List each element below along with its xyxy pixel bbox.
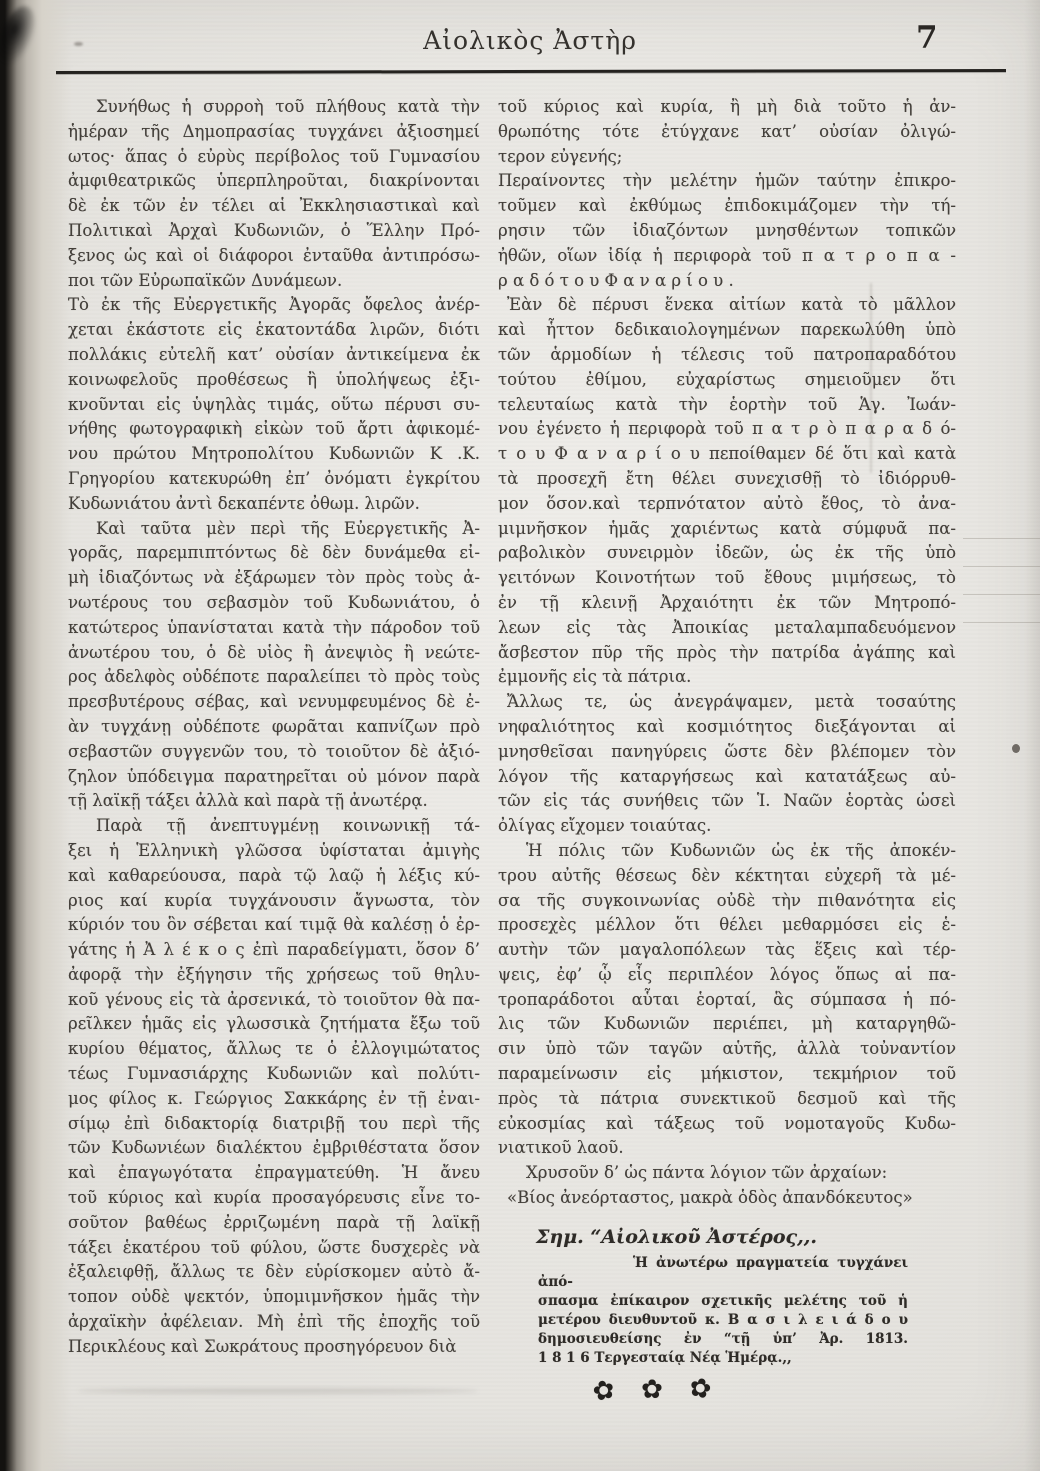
text-line: τούτου ἐθίμου, εὐχαρίστως σημειοῦμεν ὅτι <box>498 368 956 393</box>
text-line: ωτος· ἅπας ὁ εὐρὺς περίβολος τοῦ Γυμνασί… <box>68 145 480 170</box>
text-line: Περικλέους καὶ Σωκράτους προσηγόρευον δι… <box>68 1335 480 1360</box>
scan-edge-shadow-right <box>1024 0 1040 1471</box>
text-line: χεται ἑκάστοτε εἰς ἑκατοντάδα λιρῶν, διό… <box>68 318 480 343</box>
page-title: Αἰολικὸς Ἀστὴρ <box>110 26 950 55</box>
page-scan: Αἰολικὸς Ἀστὴρ 7 Συνήθως ἡ συρροὴ τοῦ πλ… <box>0 0 1040 1471</box>
header-rule <box>56 69 1006 74</box>
footnote-line: μετέρου διευθυντοῦ κ. Β α σ ι λ ε ι ά δ … <box>538 1311 908 1330</box>
text-line: καὶ ἐπαγωγότατα ἐπραγματεύθη. Ἡ ἄνευ <box>68 1161 480 1186</box>
text-line: τέως Γυμνασιάρχης Κυδωνιῶν καὶ πολύτι- <box>68 1062 480 1087</box>
text-line: τ ο υ Φ α ν α ρ ί ο υ πεποίθαμεν δέ ὅτι … <box>498 442 956 467</box>
text-line: ρησιν τῶν ἰδιαζόντων μνησθέντων τοπικῶν <box>498 219 956 244</box>
text-line: τάξει ἑκατέρου τοῦ φύλου, ὥστε δυσχερὲς … <box>68 1236 480 1261</box>
text-line: ρ α δ ό τ ο υ Φ α ν α ρ ί ο υ . <box>498 269 956 294</box>
text-line: Χρυσοῦν δ’ ὡς πάντα λόγιον τῶν ἀρχαίων: <box>498 1161 956 1186</box>
text-line: σα τῆς συγκοινωνίας οὐδὲ τὴν πιθανότητα … <box>498 889 956 914</box>
text-line: ὀλίγας εἴχομεν τοιαύτας. <box>498 814 956 839</box>
text-line: γάτης ἡ Ἀ λ έ κ ο ς ἐπὶ παραδείγματι, ὅσ… <box>68 938 480 963</box>
text-line: ἡμέραν τῆς Δημοπρασίας τυγχάνει ἀξιοσημε… <box>68 120 480 145</box>
text-line: Κυδωνιάτου ἀντὶ δεκαπέντε ὀθωμ. λιρῶν. <box>68 492 480 517</box>
scan-artifact <box>963 566 1040 567</box>
text-line: Παρὰ τῇ ἀνεπτυγμένῃ κοινωνικῇ τά- <box>68 814 480 839</box>
flower-icon: ✿ <box>641 1377 673 1403</box>
column-left: Συνήθως ἡ συρροὴ τοῦ πλήθους κατὰ τὴνἡμέ… <box>68 95 480 1360</box>
text-line: μὴ ἰδιαζόντως νὰ ἐξάρωμεν τὸν πρὸς τοὺς … <box>68 566 480 591</box>
text-line: ποι τῶν Εὐρωπαϊκῶν Δυνάμεων. <box>68 269 480 294</box>
text-line: ριος καί κυρία τυγχάνουσιν ἄγνωστα, τὸν <box>68 889 480 914</box>
page-number: 7 <box>916 20 938 56</box>
text-line: Ἄλλως τε, ὡς ἀνεγράψαμεν, μετὰ τοσαύτης <box>498 690 956 715</box>
text-line: ἀμφιθεατρικῶς ὑπερπληροῦται, διακρίνοντα… <box>68 169 480 194</box>
scan-artifact <box>74 42 83 46</box>
text-line: τερον εὐγενής; <box>498 145 956 170</box>
text-line: γορᾶς, παρεμπιπτόντως δὲ δὲν δυνάμεθα εἰ… <box>68 541 480 566</box>
text-line: κοινωφελοῦς προθέσεως ἢ ὑπολήψεως ἐξι- <box>68 368 480 393</box>
text-line: ξενος ὡς καὶ οἱ διάφοροι ἐνταῦθα ἀντιπρό… <box>68 244 480 269</box>
text-line: Πολιτικαὶ Ἀρχαὶ Κυδωνιῶν, ὁ Ἕλλην Πρό- <box>68 219 480 244</box>
signature-line: Σημ. “Αἰολικοῦ Ἀστέρος,,. <box>536 1225 956 1250</box>
text-line: ξει ἡ Ἑλληνικὴ γλῶσσα ὑφίσταται ἀμιγὴς <box>68 839 480 864</box>
text-line: νωτέρους του σεβασμὸν τοῦ Κυδωνιάτου, ὁ <box>68 591 480 616</box>
text-line: τελευταίως κατὰ τὴν ἑορτὴν τοῦ Ἁγ. Ἰωάν- <box>498 393 956 418</box>
text-line: προσεχὲς μέλλον ὅτι θέλει μεθαρμόσει εἰς… <box>498 913 956 938</box>
text-line: τῶν εἰς τάς συνήθεις τῶν Ἱ. Ναῶν ἑορτὰς … <box>498 789 956 814</box>
text-line: τρου αὐτῆς θέσεως δὲν κέκτηται εὐχερῆ τὰ… <box>498 864 956 889</box>
column-right: τοῦ κύριος καὶ κυρία, ἢ μὴ διὰ τοῦτο ἡ ἀ… <box>498 95 956 1402</box>
scan-artifact <box>1012 744 1020 753</box>
text-line: παραμείνωσιν εἰς μήκιστον, τεκμήριον τοῦ <box>498 1062 956 1087</box>
ornament-flowers: ✿ ✿ ✿ <box>593 1378 956 1403</box>
paragraph: Συνήθως ἡ συρροὴ τοῦ πλήθους κατὰ τὴνἡμέ… <box>68 95 480 293</box>
text-line: Γρηγορίου κατεκυρώθη ἐπ’ ὀνόματι ἐγκρίτο… <box>68 467 480 492</box>
text-line: ρεῖλκεν ἡμᾶς εἰς γλωσσικὰ ζητήματα ἔξω τ… <box>68 1012 480 1037</box>
paragraph: Ἡ πόλις τῶν Κυδωνιῶν ὡς ἐκ τῆς ἀποκέν-τρ… <box>498 839 956 1161</box>
text-line: αυτὴν τῶν μαγαλοπόλεων τὰς ἕξεις καὶ τέρ… <box>498 938 956 963</box>
footnote-line: σπασμα ἐπίκαιρον σχετικῆς μελέτης τοῦ ἡ <box>538 1292 908 1311</box>
text-line: μον ὅσον.καὶ τερπνότατον αὐτὸ ἔθος, τὸ ἀ… <box>498 492 956 517</box>
text-line: Ἐὰν δὲ πέρυσι ἕνεκα αἰτίων κατὰ τὸ μᾶλλο… <box>498 293 956 318</box>
text-line: τῶν ἁρμοδίων ἡ τέλεσις τοῦ πατροπαραδότο… <box>498 343 956 368</box>
text-line: Ἡ πόλις τῶν Κυδωνιῶν ὡς ἐκ τῆς ἀποκέν- <box>498 839 956 864</box>
text-line: ραβολικὸν συνειρμὸν ἰδεῶν, ὡς ἐκ τῆς ὑπὸ <box>498 541 956 566</box>
text-line: Τὸ ἐκ τῆς Εὐεργετικῆς Ἀγορᾶς ὄφελος ἀνέρ… <box>68 293 480 318</box>
text-line: θρωπότης τότε ἐτύγχανε κατ’ οὐσίαν ὀλιγώ… <box>498 120 956 145</box>
text-line: κύριόν του ὃν σέβεται καί τιμᾷ θὰ καλέσῃ… <box>68 913 480 938</box>
text-line: λόγον τῆς καταργήσεως καὶ κατατάξεως αὐ- <box>498 765 956 790</box>
text-line: τῇ λαϊκῇ τάξει ἀλλὰ καὶ παρὰ τῇ ἀνωτέρᾳ. <box>68 789 480 814</box>
paragraph: Καὶ ταῦτα μὲν περὶ τῆς Εὐεργετικῆς Ἀ-γορ… <box>68 517 480 815</box>
text-line: καὶ ἧττον δεδικαιολογημένων παρεκωλύθη ὑ… <box>498 318 956 343</box>
text-line: ρος ἀδελφὸς οὐδέποτε παραλείπει τὸ πρὸς … <box>68 665 480 690</box>
text-line: σεβαστῶν συγγενῶν του, τὸ τοιοῦτον δὲ ἀξ… <box>68 740 480 765</box>
footnote-line: δημοσιευθείσης ἐν “τῇ ὑπ’ Ἀρ. 1813. <box>538 1330 908 1349</box>
text-line: Καὶ ταῦτα μὲν περὶ τῆς Εὐεργετικῆς Ἀ- <box>68 517 480 542</box>
text-line: τοῦμεν καὶ ἐκθύμως ἐπιδοκιμάζομεν τὴν τή… <box>498 194 956 219</box>
text-line: μιμνῆσκον ἡμᾶς χαριέντως κατὰ σύμφυᾶ πα- <box>498 517 956 542</box>
text-line: καὶ καθαρεύουσα, παρὰ τῷ λαῷ ἡ λέξις κύ- <box>68 864 480 889</box>
text-line: κυρίου θέματος, ἄλλως τε ὁ ἐλλογιμώτατος <box>68 1037 480 1062</box>
text-line: σίμῳ ἐπὶ διδακτορίᾳ διατριβῇ του περὶ τῆ… <box>68 1112 480 1137</box>
footnote-line: 1 8 1 6 Τεργεσταίᾳ Νέᾳ Ἡμέρᾳ.,, <box>538 1349 908 1368</box>
text-line: νιατικοῦ λαοῦ. <box>498 1136 956 1161</box>
paragraph: Τὸ ἐκ τῆς Εὐεργετικῆς Ἀγορᾶς ὄφελος ἀνέρ… <box>68 293 480 516</box>
scan-artifact <box>963 538 1040 539</box>
text-line: γειτόνων Κοινοτήτων τοῦ ἔθους μιμήσεως, … <box>498 566 956 591</box>
text-line: νου ἐγένετο ἡ περιφορὰ τοῦ π α τ ρ ὸ π α… <box>498 417 956 442</box>
scan-artifact <box>78 1388 478 1394</box>
text-line: ἀνωτέρου του, ὁ δὲ υἱὸς ἢ ἀνεψιὸς ἢ νεώτ… <box>68 641 480 666</box>
text-line: κατώτερος ὑπανίσταται κατὰ τὴν πάροδον τ… <box>68 616 480 641</box>
text-line: Συνήθως ἡ συρροὴ τοῦ πλήθους κατὰ τὴν <box>68 95 480 120</box>
paragraph: τοῦ κύριος καὶ κυρία, ἢ μὴ διὰ τοῦτο ἡ ἀ… <box>498 95 956 169</box>
text-line: μνησθεῖσαι πανηγύρεις ὥστε δὲν βλέπομεν … <box>498 740 956 765</box>
text-line: μος φίλος κ. Γεώργιος Σακκάρης ἐν τῇ ἐνα… <box>68 1087 480 1112</box>
text-line: τροπαράδοτοι αὗται ἑορταί, ἃς σύμπασα ἡ … <box>498 988 956 1013</box>
text-line: λεων εἰς τὰς Ἀποικίας μεταλαμπαδευόμενον <box>498 616 956 641</box>
text-line: νου πρώτου Μητροπολίτου Κυδωνιῶν Κ .Κ. <box>68 442 480 467</box>
flower-icon: ✿ <box>590 1374 626 1406</box>
text-line: τοῦ κύριος καὶ κυρία προσαγόρευσις εἶνε … <box>68 1186 480 1211</box>
text-line: κοῦ γένους εἰς τὰ ἀρσενικά, τὸ τοιοῦτον … <box>68 988 480 1013</box>
footnote-block: Ἡ ἀνωτέρω πραγματεία τυγχάνει ἀπό-σπασμα… <box>538 1254 908 1368</box>
text-line: ὰν τυγχάνῃ οὐδέποτε φωρᾶται καπνίζων πρὸ <box>68 715 480 740</box>
text-line: ζηλον ὑπόδειγμα παρατηρεῖται οὐ μόνον πα… <box>68 765 480 790</box>
text-line: δὲ ἐκ τῶν ἐν τέλει αἱ Ἐκκλησιαστικαὶ καὶ <box>68 194 480 219</box>
text-line: πρεσβυτέρους σέβας, καὶ νενυμφευμένος δὲ… <box>68 690 480 715</box>
paragraph: Ἄλλως τε, ὡς ἀνεγράψαμεν, μετὰ τοσαύτηςν… <box>498 690 956 839</box>
scan-artifact <box>963 622 1040 623</box>
text-line: ἐξαλειφθῇ, ἄλλως τε δὲν εὑρίσκομεν αὐτὸ … <box>68 1260 480 1285</box>
text-line: τοπον οὐδὲ ψεκτόν, ὑπομιμνῆσκον ἡμᾶς τὴν <box>68 1285 480 1310</box>
text-line: ἐν τῇ κλεινῇ Ἀρχαιότητι ἐκ τῶν Μητροπό- <box>498 591 956 616</box>
paragraph: Περαίνοντες τὴν μελέτην ἡμῶν ταύτην ἐπικ… <box>498 169 956 293</box>
paragraph: Παρὰ τῇ ἀνεπτυγμένῃ κοινωνικῇ τά-ξει ἡ Ἑ… <box>68 814 480 1360</box>
column-right-text: τοῦ κύριος καὶ κυρία, ἢ μὴ διὰ τοῦτο ἡ ἀ… <box>498 95 956 1211</box>
column-left-text: Συνήθως ἡ συρροὴ τοῦ πλήθους κατὰ τὴνἡμέ… <box>68 95 480 1360</box>
text-line: ἠθῶν, οἵων ἰδίᾳ ἡ περιφορὰ τοῦ π α τ ρ ο… <box>498 244 956 269</box>
footnote-line: Ἡ ἀνωτέρω πραγματεία τυγχάνει ἀπό- <box>538 1254 908 1292</box>
text-line: λις τῶν Κυδωνιῶν περιέπει, μὴ καταργηθῶ- <box>498 1012 956 1037</box>
scan-edge-shadow <box>0 0 72 1471</box>
paragraph: Ἐὰν δὲ πέρυσι ἕνεκα αἰτίων κατὰ τὸ μᾶλλο… <box>498 293 956 690</box>
text-line: τοῦ κύριος καὶ κυρία, ἢ μὴ διὰ τοῦτο ἡ ἀ… <box>498 95 956 120</box>
paragraph: Χρυσοῦν δ’ ὡς πάντα λόγιον τῶν ἀρχαίων:«… <box>498 1161 956 1211</box>
text-line: νήθης φωτογραφικὴ εἰκὼν τοῦ ἄρτι ἀφικομέ… <box>68 417 480 442</box>
text-line: πρὸς τὰ πάτρια συνεκτικοῦ δεσμοῦ καὶ τῆς <box>498 1087 956 1112</box>
text-line: τὰ προσεχῆ ἔτη θέλει συνεχισθῇ τὸ ἰδιόρρ… <box>498 467 956 492</box>
text-line: ἐμμονῆς εἰς τὰ πάτρια. <box>498 665 956 690</box>
text-line: σιν ὑπὸ τῶν ταγῶν αὑτῆς, ἀλλὰ τοὐναντίον <box>498 1037 956 1062</box>
text-line: νηφαλιότητος καὶ κοσμιότητος διεξάγονται… <box>498 715 956 740</box>
text-line: ἄσβεστον πῦρ τῆς πρὸς τὴν πατρίδα ἀγάπης… <box>498 641 956 666</box>
text-line: ἀφορᾷ τὴν ἐξήγησιν τῆς χρήσεως τοῦ θηλυ- <box>68 963 480 988</box>
text-line: ψεις, ἐφ’ ᾧ εἷς περιπλέον λόγος ὅπως αἱ … <box>498 963 956 988</box>
text-line: «Βίος ἀνεόρταστος, μακρὰ ὁδὸς ἀπανδόκευτ… <box>498 1186 956 1211</box>
scan-artifact <box>963 594 1040 595</box>
text-line: σοῦτον βαθέως ἐρριζωμένη παρὰ τῇ λαϊκῇ <box>68 1211 480 1236</box>
text-line: εὐκοσμίας καὶ τάξεως τοῦ νομοταγοῦς Κυδω… <box>498 1112 956 1137</box>
text-line: πολλάκις εὐτελῆ κατ’ οὐσίαν ἀντικείμενα … <box>68 343 480 368</box>
flower-icon: ✿ <box>687 1374 723 1406</box>
text-line: Περαίνοντες τὴν μελέτην ἡμῶν ταύτην ἐπικ… <box>498 169 956 194</box>
text-line: ἀρχαϊκὴν ἀφέλειαν. Μὴ ἐπὶ τῆς ἐποχῆς τοῦ <box>68 1310 480 1335</box>
text-line: τῶν Κυδωνιέων διαλέκτου ἐμβριθέστατα ὅσο… <box>68 1136 480 1161</box>
text-line: κνοῦνται εἰς ὑψηλὰς τιμάς, οὕτω πέρυσι σ… <box>68 393 480 418</box>
